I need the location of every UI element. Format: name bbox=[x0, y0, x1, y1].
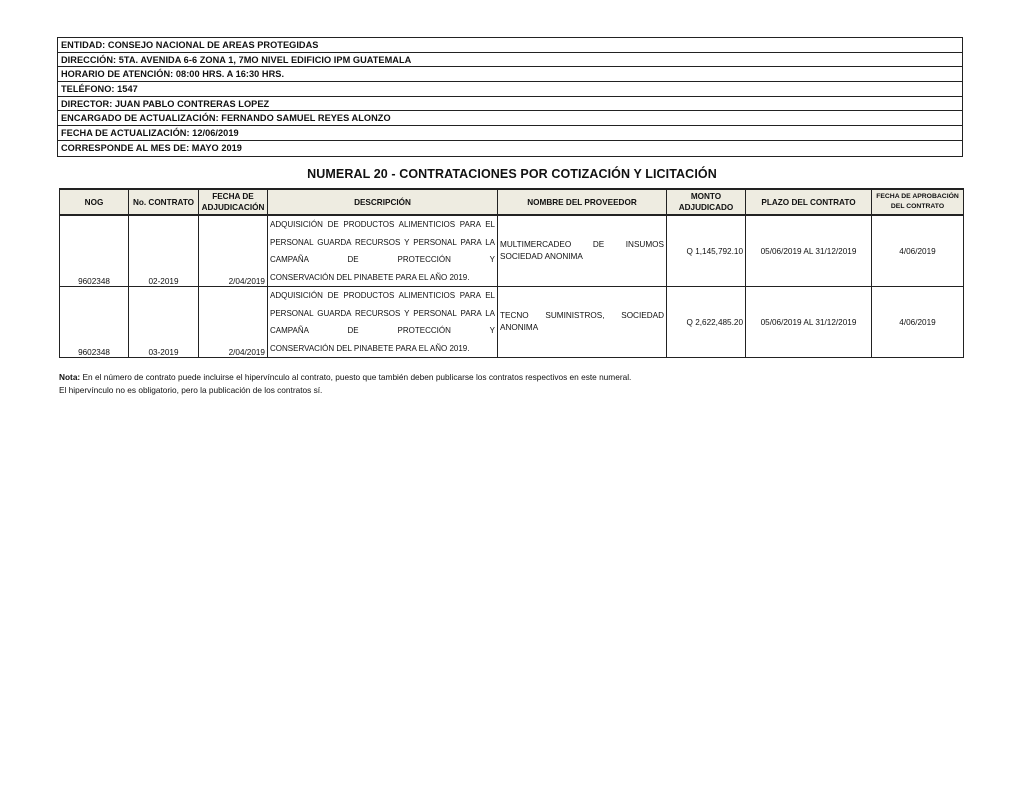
cell-fecha-adjudicacion: 2/04/2019 bbox=[199, 287, 268, 358]
header-aprobacion-line1: FECHA DE APROBACIÓN bbox=[876, 193, 959, 200]
cell-fecha-aprobacion: 4/06/2019 bbox=[872, 287, 964, 358]
note-label: Nota: bbox=[59, 372, 80, 382]
cell-contrato: 02-2019 bbox=[129, 215, 199, 287]
header-aprobacion-line2: DEL CONTRATO bbox=[891, 203, 944, 210]
descripcion-text: ADQUISICIÓN DE PRODUCTOS ALIMENTICIOS PA… bbox=[270, 291, 495, 335]
header-monto-line1: MONTO bbox=[691, 192, 721, 201]
header-plazo: PLAZO DEL CONTRATO bbox=[746, 189, 872, 215]
cell-monto: Q 1,145,792.10 bbox=[667, 215, 746, 287]
cell-proveedor: MULTIMERCADEO DE INSUMOS SOCIEDAD ANONIM… bbox=[498, 215, 667, 287]
descripcion-last-line: CONSERVACIÓN DEL PINABETE PARA EL AÑO 20… bbox=[270, 340, 495, 358]
entity-address: DIRECCIÓN: 5TA. AVENIDA 6-6 ZONA 1, 7MO … bbox=[58, 53, 962, 68]
cell-plazo: 05/06/2019 AL 31/12/2019 bbox=[746, 287, 872, 358]
reporting-month: CORRESPONDE AL MES DE: MAYO 2019 bbox=[58, 141, 962, 156]
cell-contrato: 03-2019 bbox=[129, 287, 199, 358]
director-name: DIRECTOR: JUAN PABLO CONTRERAS LOPEZ bbox=[58, 97, 962, 112]
header-fecha-adjudicacion: FECHA DE ADJUDICACIÓN bbox=[199, 189, 268, 215]
cell-fecha-adjudicacion: 2/04/2019 bbox=[199, 215, 268, 287]
header-fecha-adjudicacion-line2: ADJUDICACIÓN bbox=[202, 203, 265, 212]
note-line-2: El hipervínculo no es obligatorio, pero … bbox=[59, 384, 631, 397]
table-header-row: NOG No. CONTRATO FECHA DE ADJUDICACIÓN D… bbox=[60, 189, 964, 215]
cell-nog: 9602348 bbox=[60, 215, 129, 287]
cell-monto: Q 2,622,485.20 bbox=[667, 287, 746, 358]
cell-proveedor: TECNO SUMINISTROS, SOCIEDAD ANONIMA bbox=[498, 287, 667, 358]
contracts-table: NOG No. CONTRATO FECHA DE ADJUDICACIÓN D… bbox=[59, 188, 964, 358]
office-hours: HORARIO DE ATENCIÓN: 08:00 HRS. A 16:30 … bbox=[58, 67, 962, 82]
entity-info-box: ENTIDAD: CONSEJO NACIONAL DE AREAS PROTE… bbox=[57, 37, 963, 157]
cell-descripcion: ADQUISICIÓN DE PRODUCTOS ALIMENTICIOS PA… bbox=[268, 287, 498, 358]
header-descripcion: DESCRIPCIÓN bbox=[268, 189, 498, 215]
note-line-1: Nota: En el número de contrato puede inc… bbox=[59, 371, 631, 384]
header-fecha-adjudicacion-line1: FECHA DE bbox=[212, 192, 254, 201]
update-date: FECHA DE ACTUALIZACIÓN: 12/06/2019 bbox=[58, 126, 962, 141]
notes: Nota: En el número de contrato puede inc… bbox=[59, 371, 631, 397]
cell-fecha-aprobacion: 4/06/2019 bbox=[872, 215, 964, 287]
header-contrato: No. CONTRATO bbox=[129, 189, 199, 215]
cell-plazo: 05/06/2019 AL 31/12/2019 bbox=[746, 215, 872, 287]
section-title: NUMERAL 20 - CONTRATACIONES POR COTIZACI… bbox=[0, 167, 1024, 181]
cell-nog: 9602348 bbox=[60, 287, 129, 358]
header-proveedor: NOMBRE DEL PROVEEDOR bbox=[498, 189, 667, 215]
header-monto: MONTO ADJUDICADO bbox=[667, 189, 746, 215]
descripcion-text: ADQUISICIÓN DE PRODUCTOS ALIMENTICIOS PA… bbox=[270, 220, 495, 264]
header-nog: NOG bbox=[60, 189, 129, 215]
descripcion-last-line: CONSERVACIÓN DEL PINABETE PARA EL AÑO 20… bbox=[270, 269, 495, 287]
entity-name: ENTIDAD: CONSEJO NACIONAL DE AREAS PROTE… bbox=[58, 38, 962, 53]
update-manager: ENCARGADO DE ACTUALIZACIÓN: FERNANDO SAM… bbox=[58, 111, 962, 126]
cell-descripcion: ADQUISICIÓN DE PRODUCTOS ALIMENTICIOS PA… bbox=[268, 215, 498, 287]
table-row: 9602348 02-2019 2/04/2019 ADQUISICIÓN DE… bbox=[60, 215, 964, 287]
note-text-1: En el número de contrato puede incluirse… bbox=[80, 372, 631, 382]
header-monto-line2: ADJUDICADO bbox=[679, 203, 734, 212]
header-fecha-aprobacion: FECHA DE APROBACIÓN DEL CONTRATO bbox=[872, 189, 964, 215]
phone-number: TELÉFONO: 1547 bbox=[58, 82, 962, 97]
table-row: 9602348 03-2019 2/04/2019 ADQUISICIÓN DE… bbox=[60, 287, 964, 358]
